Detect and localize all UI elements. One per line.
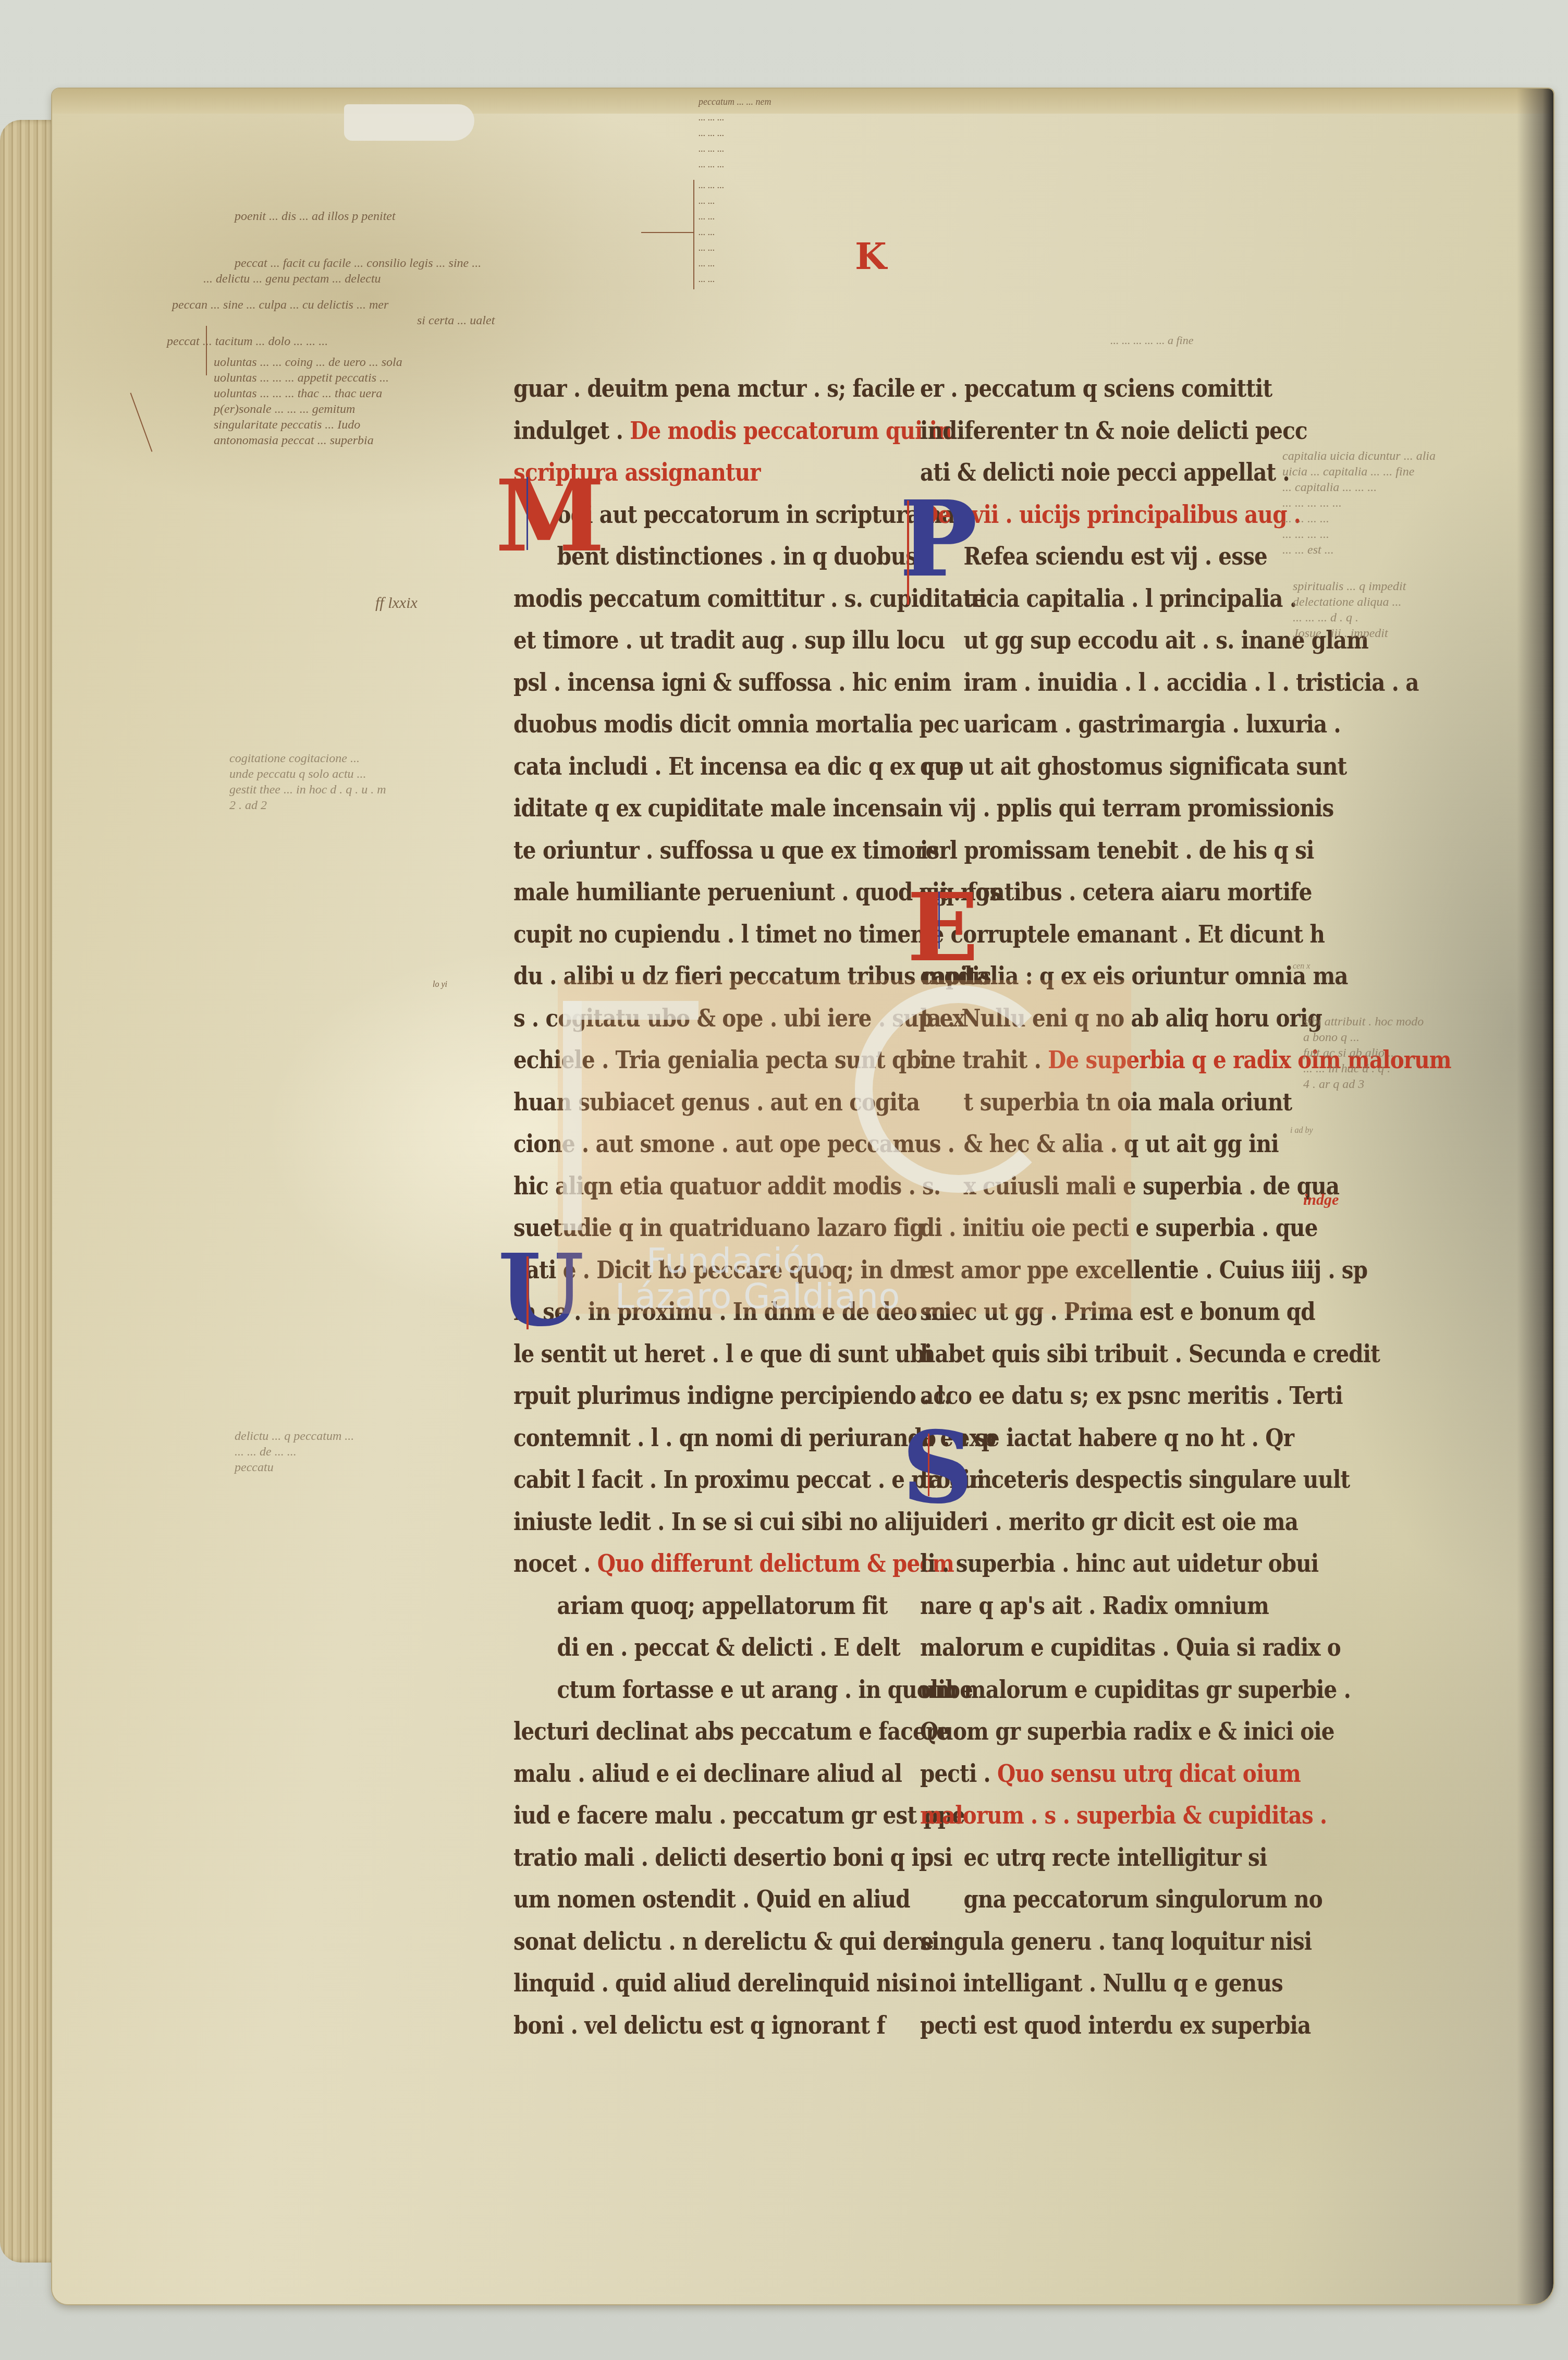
tree-branch: peccan ... sine ... culpa ... cu delicti…	[78, 297, 495, 313]
text-line: duobus modis dicit omnia mortalia pec	[513, 703, 814, 745]
text-line: ut gg sup eccodu ait . s. inane glam	[920, 619, 1236, 662]
text-line: lecturi declinat abs peccatum e facere	[513, 1710, 814, 1753]
top-left-tree-diagram: poenit ... dis ... ad illos p penitet pe…	[78, 209, 495, 448]
tree-branch: ... ...	[626, 240, 771, 255]
tree-branch: si certa ... ualet	[78, 313, 495, 328]
decorated-initial-s: S	[902, 1418, 973, 1517]
tree-branch: uoluntas ... ... ... thac ... thac uera	[78, 386, 495, 401]
decorated-initial-m: M	[495, 467, 605, 566]
margin-note-line: 4 . ar q ad 3	[1303, 1077, 1424, 1092]
text-line: isrl promissam tenebit . de his q si	[920, 829, 1236, 872]
text-line: um nomen ostendit . Quid en aliud	[513, 1878, 814, 1921]
decorated-initial-e: E	[907, 881, 978, 975]
margin-note-line: delectatione aliqua ...	[1293, 594, 1406, 610]
margin-note-line: spiritualis ... q impedit	[1293, 579, 1406, 594]
margin-note-line: cogitatione cogitacione ...	[229, 751, 386, 766]
margin-note-line: gestit thee ... in hoc d . q . u . m	[229, 782, 386, 798]
text-line: male humiliante perueniunt . quod e q ng…	[513, 871, 814, 913]
margin-note-spiritualis: spiritualis ... q impedit delectatione a…	[1293, 579, 1406, 641]
tree-branch: ... delictu ... genu pectam ... delectu	[78, 271, 495, 287]
text-line: que ut ait ghostomus significata sunt	[920, 745, 1236, 788]
tree-bracket	[693, 180, 694, 289]
margin-note-line: ... capitalia ... ... ...	[1282, 480, 1436, 495]
tree-branch: ... ... ...	[626, 141, 771, 156]
text-line: pecti est quod interdu ex superbia	[920, 2004, 1236, 2047]
text-line: ec utrq recte intelligitur si	[920, 1837, 1236, 1879]
tree-branch: ... ...	[626, 271, 771, 287]
text-line: Quom gr superbia radix e & inici oie	[920, 1710, 1236, 1753]
margin-note-line: Josue . iii . impedit	[1293, 626, 1406, 641]
margin-note-line: delictu ... q peccatum ...	[235, 1428, 354, 1444]
margin-note-capitalia: capitalia uicia dicuntur ... alia uicia …	[1282, 448, 1436, 558]
margin-note-line: ... ... est ...	[1282, 542, 1436, 558]
text-line: nare q ap's ait . Radix omnium	[920, 1585, 1236, 1627]
text-line: sonat delictu . n derelictu & qui dere	[513, 1921, 814, 1963]
rubric: Quo sensu utrq dicat oium	[997, 1759, 1301, 1788]
tree-branch: ... ... ...	[626, 177, 771, 193]
text-line: psl . incensa igni & suffossa . hic enim	[513, 662, 814, 704]
text-line: te oriuntur . suffossa u que ex timore	[513, 829, 814, 872]
text-line: pecti . Quo sensu utrq dicat oium	[920, 1753, 1236, 1795]
margin-note-i-ad-by: i ad by	[1290, 1126, 1313, 1135]
text-line: habet quis sibi tribuit . Secunda e cred…	[920, 1333, 1236, 1375]
margin-note-cenx: cen x	[1293, 962, 1310, 971]
margin-note-line: ... ... ... ...	[1282, 527, 1436, 542]
margin-note-line: peccatu	[235, 1460, 354, 1475]
rubric: Quo differunt delictum & pecm	[597, 1549, 954, 1578]
tree-branch: ... ... ...	[626, 156, 771, 172]
initial-filigree	[526, 477, 528, 550]
text-line: rpuit plurimus indigne percipiendo . l.	[513, 1375, 814, 1417]
margin-note-line: a bono q ...	[1303, 1030, 1424, 1045]
text-line: contemnit . l . qn nomi di periurando . …	[513, 1417, 814, 1459]
text-line: et timore . ut tradit aug . sup illu loc…	[513, 619, 814, 662]
tree-branch: peccat ... facit cu facile ... consilio …	[78, 255, 495, 271]
text-line: ariam quoq; appellatorum fit	[513, 1585, 814, 1627]
text-line: iram . inuidia . l . accidia . l . trist…	[920, 662, 1236, 704]
margin-note-line: ... ... ... d . q .	[1293, 610, 1406, 626]
margin-note-line: unde peccatu q solo actu ...	[229, 766, 386, 782]
margin-note-line: capitalia uicia dicuntur ... alia	[1282, 448, 1436, 464]
margin-note-line: ... ... de ... ...	[235, 1444, 354, 1460]
tree-branch: antonomasia peccat ... superbia	[78, 433, 495, 448]
text-line: uaricam . gastrimargia . luxuria .	[920, 703, 1236, 745]
text-line: noi intelligant . Nullu q e genus	[920, 1962, 1236, 2004]
initial-filigree	[526, 1256, 529, 1329]
tree-branch: poenit ... dis ... ad illos p penitet	[78, 209, 495, 224]
text-line: cupit no cupiendu . l timet no timen	[513, 913, 814, 956]
watermark-text: Fundación Lázaro Galdiano	[615, 1243, 900, 1314]
tree-branch: ... ...	[626, 209, 771, 224]
text-line: cabit l facit . In proximu peccat . e pr…	[513, 1459, 814, 1501]
tree-branch: peccatum ... ... nem	[626, 94, 771, 109]
tree-branch: uoluntas ... ... coing ... de uero ... s…	[78, 354, 495, 370]
margin-note-lxxix: ff lxxix	[375, 594, 418, 612]
text-line: guar . deuitm pena mctur . s; facile	[513, 368, 814, 410]
tree-branch: p(er)sonale ... ... ... gemitum	[78, 401, 495, 417]
tree-branch: ... ...	[626, 193, 771, 209]
rubric: De modis peccatorum qui in	[630, 417, 951, 445]
text-line: boni . vel delictu est q ignorant f	[513, 2004, 814, 2047]
margin-note-line: fuit ac si ab alio ...	[1303, 1045, 1424, 1061]
text-line: di en . peccat & delicti . E delt	[513, 1627, 814, 1669]
watermark-line2: Lázaro Galdiano	[615, 1279, 900, 1314]
top-edge-curl	[52, 89, 1553, 114]
margin-note-delictum: delictu ... q peccatum ... ... ... de ..…	[235, 1428, 354, 1475]
tree-branch: peccat ... tacitum ... dolo ... ... ...	[78, 334, 495, 349]
tree-branch: ... ...	[626, 255, 771, 271]
initial-filigree	[938, 891, 940, 949]
gutter-shadow	[1517, 89, 1553, 2304]
text-line: iniuste ledit . In se si cui sibi no ali…	[513, 1501, 814, 1543]
margin-note-sibi-attribuit: sibi attribuit . hoc modo a bono q ... f…	[1303, 1014, 1424, 1092]
text-line: malu . aliud e ei declinare aliud al	[513, 1753, 814, 1795]
margin-note-cogitation: cogitatione cogitacione ... unde peccatu…	[229, 751, 386, 813]
margin-note-line: uicia ... capitalia ... ... fine	[1282, 464, 1436, 480]
text-line: gna peccatorum singulorum no	[920, 1878, 1236, 1921]
watermark-logo-c	[855, 985, 1062, 1193]
margin-note-line: ... ... ... ...	[1282, 511, 1436, 527]
text-line: tratio mali . delicti desertio boni q ip…	[513, 1837, 814, 1879]
top-center-tree-diagram: peccatum ... ... nem ... ... ... ... ...…	[626, 94, 771, 287]
text-line: iditate q ex cupiditate male incensa	[513, 787, 814, 829]
text-line: nocet . Quo differunt delictum & pecm	[513, 1543, 814, 1585]
text-line: um malorum e cupiditas gr superbie .	[920, 1669, 1236, 1711]
text-line: er . peccatum q sciens comittit	[920, 368, 1236, 410]
text-line: indulget . De modis peccatorum qui in	[513, 410, 814, 452]
watermark-line1: Fundación	[615, 1243, 900, 1279]
folio-mark: K	[855, 235, 887, 278]
initial-filigree	[928, 1434, 929, 1496]
text-line: in vij . pplis qui terram promissionis	[920, 787, 1236, 829]
text-line: indiferenter tn & noie delicti pecc	[920, 410, 1236, 452]
decorated-initial-p: P	[899, 487, 977, 592]
text-line: iud e facere malu . peccatum gr est ppe	[513, 1794, 814, 1837]
margin-rubric-note: indge	[1303, 1191, 1339, 1209]
parchment-tear	[344, 104, 474, 141]
margin-note-line: ... ... in hac d . q .	[1303, 1061, 1424, 1077]
tree-connector	[206, 326, 207, 375]
tree-branch: uoluntas ... ... ... appetit peccatis ..…	[78, 370, 495, 386]
text-line: ctum fortasse e ut arang . in quolibe	[513, 1669, 814, 1711]
margin-note-line: 2 . ad 2	[229, 798, 386, 813]
margin-note-line: sibi attribuit . hoc modo	[1303, 1014, 1424, 1030]
margin-note-line: ... ... ... ... ...	[1282, 495, 1436, 511]
rubric-line: malorum . s . superbia & cupiditas .	[920, 1794, 1236, 1837]
text-line: modis peccatum comittitur . s. cupiditat…	[513, 578, 814, 620]
tree-branch: ... ... ...	[626, 125, 771, 141]
watermark-logo-f-stem	[563, 1001, 582, 1230]
margin-note-top: ... ... ... ... ... a fine	[1110, 334, 1194, 347]
text-line: singula generu . tanq loquitur nisi	[920, 1921, 1236, 1963]
tree-connector	[641, 232, 693, 233]
initial-filigree	[907, 500, 909, 605]
text-line: malorum e cupiditas . Quia si radix o	[920, 1627, 1236, 1669]
watermark-logo-f-bar	[563, 1001, 699, 1020]
margin-note-lo-yi: lo yi	[433, 980, 447, 989]
tree-branch: ... ... ...	[626, 109, 771, 125]
text-line: cata includi . Et incensa ea dic q ex cu…	[513, 745, 814, 788]
text-line: linquid . quid aliud derelinquid nisi	[513, 1962, 814, 2004]
text-line: li . superbia . hinc aut uidetur obui	[920, 1543, 1236, 1585]
